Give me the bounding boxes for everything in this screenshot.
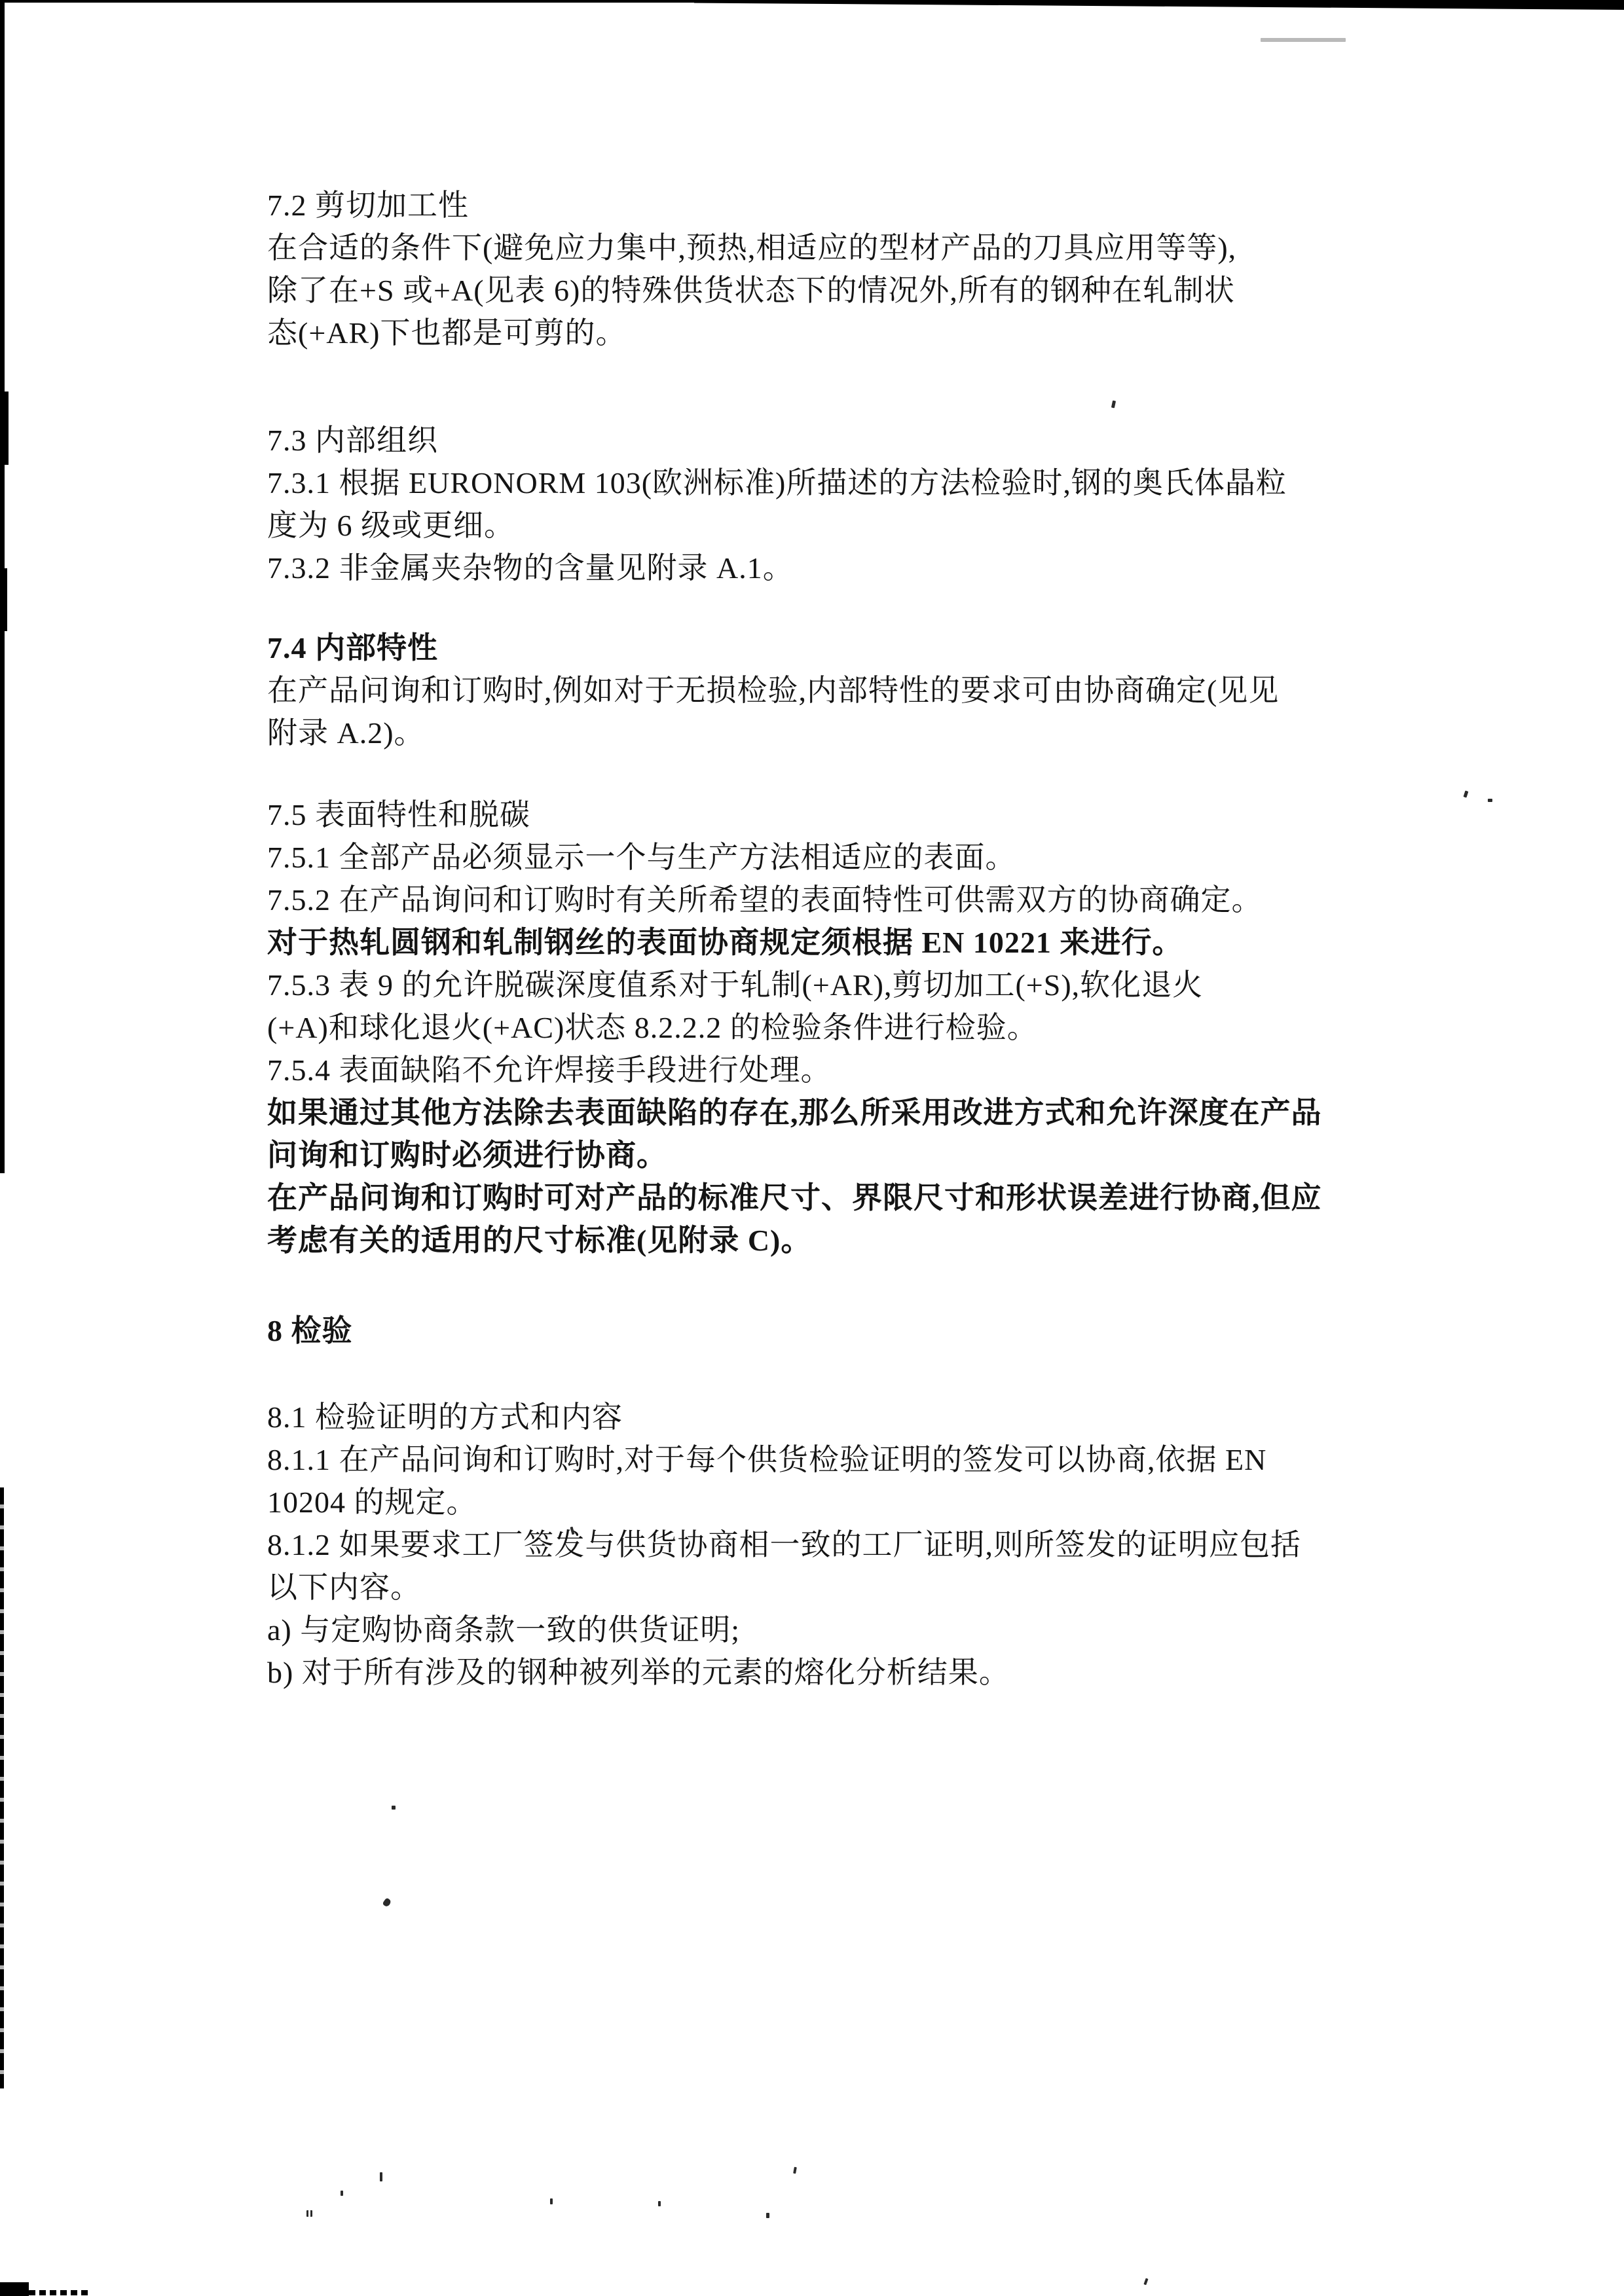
scan-edge-top-dash [1261, 38, 1346, 42]
heading-7-3: 7.3 内部组织 [267, 419, 1393, 462]
text-line: 7.3.2 非金属夹杂物的含量见附录 A.1。 [267, 547, 1393, 589]
heading-8: 8 检验 [267, 1309, 1393, 1352]
list-item-b: b) 对于所有涉及的钢种被列举的元素的熔化分析结果。 [267, 1651, 1393, 1694]
heading-7-5: 7.5 表面特性和脱碳 [267, 793, 1393, 836]
scan-edge-left-blotch [0, 568, 7, 631]
text-line: 度为 6 级或更细。 [267, 504, 1393, 547]
scan-edge-top-wedge [694, 0, 1624, 10]
section-7-3: 7.3 内部组织 7.3.1 根据 EURONORM 103(欧洲标准)所描述的… [267, 419, 1393, 589]
scan-edge-left-blotch [0, 392, 9, 465]
text-line: 在产品问询和订购时可对产品的标准尺寸、界限尺寸和形状误差进行协商,但应 [267, 1176, 1393, 1219]
scan-speck [766, 2213, 769, 2218]
scan-speck [382, 1897, 392, 1908]
text-line: 以下内容。 [267, 1566, 1393, 1609]
section-8: 8 检验 [267, 1309, 1393, 1352]
section-7-4: 7.4 内部特性 在产品问询和订购时,例如对于无损检验,内部特性的要求可由协商确… [267, 627, 1393, 754]
scan-corner-dash [29, 2290, 92, 2295]
text-line: 7.3.1 根据 EURONORM 103(欧洲标准)所描述的方法检验时,钢的奥… [267, 462, 1393, 504]
text-line: 7.5.2 在产品询问和订购时有关所希望的表面特性可供需双方的协商确定。 [267, 879, 1393, 921]
text-line: 7.5.1 全部产品必须显示一个与生产方法相适应的表面。 [267, 836, 1393, 879]
list-item-a: a) 与定购协商条款一致的供货证明; [267, 1609, 1393, 1651]
text-line: 10204 的规定。 [267, 1481, 1393, 1523]
heading-8-1: 8.1 检验证明的方式和内容 [267, 1396, 1393, 1438]
text-line: 如果通过其他方法除去表面缺陷的存在,那么所采用改进方式和允许深度在产品 [267, 1091, 1393, 1134]
text-line: 态(+AR)下也都是可剪的。 [267, 312, 1393, 354]
section-8-1: 8.1 检验证明的方式和内容 8.1.1 在产品问询和订购时,对于每个供货检验证… [267, 1396, 1393, 1694]
scan-corner-blob [0, 2282, 29, 2296]
scan-speck [341, 2191, 343, 2196]
scan-speck [1111, 401, 1116, 409]
scan-speck [306, 2210, 312, 2217]
scan-speck [392, 1806, 396, 1810]
heading-7-4: 7.4 内部特性 [267, 627, 1393, 669]
text-line: 对于热轧圆钢和轧制钢丝的表面协商规定须根据 EN 10221 来进行。 [267, 921, 1393, 964]
text-line: 问询和订购时必须进行协商。 [267, 1134, 1393, 1176]
text-line: (+A)和球化退火(+AC)状态 8.2.2.2 的检验条件进行检验。 [267, 1006, 1393, 1049]
heading-7-2: 7.2 剪切加工性 [267, 184, 1393, 227]
scan-speck [1488, 799, 1492, 802]
section-7-2: 7.2 剪切加工性 在合适的条件下(避免应力集中,预热,相适应的型材产品的刀具应… [267, 184, 1393, 354]
scan-speck [550, 2198, 553, 2204]
text-line: 7.5.4 表面缺陷不允许焊接手段进行处理。 [267, 1049, 1393, 1091]
text-line: 在产品问询和订购时,例如对于无损检验,内部特性的要求可由协商确定(见见 [267, 669, 1393, 712]
scan-speck [658, 2201, 661, 2206]
scan-speck [793, 2167, 797, 2174]
scanned-document-page: 7.2 剪切加工性 在合适的条件下(避免应力集中,预热,相适应的型材产品的刀具应… [0, 0, 1624, 2296]
text-line: 附录 A.2)。 [267, 712, 1393, 754]
text-line: 考虑有关的适用的尺寸标准(见附录 C)。 [267, 1219, 1393, 1262]
scan-speck [1464, 790, 1469, 797]
scan-speck [380, 2172, 382, 2181]
text-line: 8.1.1 在产品问询和订购时,对于每个供货检验证明的签发可以协商,依据 EN [267, 1438, 1393, 1481]
text-line: 7.5.3 表 9 的允许脱碳深度值系对于轧制(+AR),剪切加工(+S),软化… [267, 964, 1393, 1006]
scan-edge-left-lower [0, 1487, 4, 2088]
text-line: 在合适的条件下(避免应力集中,预热,相适应的型材产品的刀具应用等等), [267, 227, 1393, 269]
scan-speck [1143, 2278, 1148, 2286]
text-line: 除了在+S 或+A(见表 6)的特殊供货状态下的情况外,所有的钢种在轧制状 [267, 269, 1393, 312]
section-7-5: 7.5 表面特性和脱碳 7.5.1 全部产品必须显示一个与生产方法相适应的表面。… [267, 793, 1393, 1262]
text-line: 8.1.2 如果要求工厂签发与供货协商相一致的工厂证明,则所签发的证明应包括 [267, 1523, 1393, 1566]
